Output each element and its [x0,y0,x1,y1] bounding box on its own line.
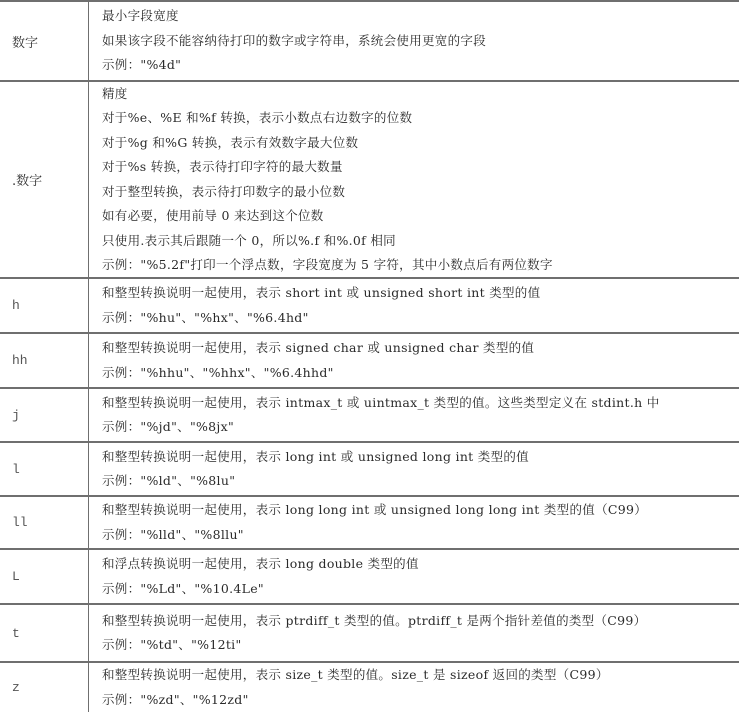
row-description: 和整型转换说明一起使用，表示 short int 或 unsigned shor… [102,279,739,332]
row-key: l [0,443,89,495]
row-key: hh [0,334,89,387]
desc-line: 对于整型转换，表示待打印数字的最小位数 [102,180,739,205]
desc-line: 和整型转换说明一起使用，表示 intmax_t 或 uintmax_t 类型的值… [102,391,739,416]
row-key: j [0,389,89,441]
desc-line: 如果该字段不能容纳待打印的数字或字符串，系统会使用更宽的字段 [102,29,739,54]
desc-example: 示例："%Ld"、"%10.4Le" [102,577,739,602]
table-row: hh 和整型转换说明一起使用，表示 signed char 或 unsigned… [0,332,739,387]
desc-line: 和整型转换说明一起使用，表示 size_t 类型的值。size_t 是 size… [102,663,739,688]
desc-line: 如有必要，使用前导 0 来达到这个位数 [102,204,739,229]
desc-line: 和整型转换说明一起使用，表示 signed char 或 unsigned ch… [102,336,739,361]
table-row: j 和整型转换说明一起使用，表示 intmax_t 或 uintmax_t 类型… [0,387,739,441]
row-key: t [0,605,89,661]
desc-example: 示例："%hu"、"%hx"、"%6.4hd" [102,306,739,331]
desc-line: 和整型转换说明一起使用，表示 short int 或 unsigned shor… [102,281,739,306]
table-row: h 和整型转换说明一起使用，表示 short int 或 unsigned sh… [0,277,739,332]
desc-line: 和浮点转换说明一起使用，表示 long double 类型的值 [102,552,739,577]
row-description: 和整型转换说明一起使用，表示 signed char 或 unsigned ch… [102,334,739,387]
row-description: 和整型转换说明一起使用，表示 ptrdiff_t 类型的值。ptrdiff_t … [102,605,739,661]
row-description: 最小字段宽度 如果该字段不能容纳待打印的数字或字符串，系统会使用更宽的字段 示例… [102,2,739,80]
row-key: .数字 [0,82,89,277]
row-description: 和整型转换说明一起使用，表示 long int 或 unsigned long … [102,443,739,495]
desc-line: 精度 [102,82,739,107]
desc-line: 只使用.表示其后跟随一个 0，所以%.f 和%.0f 相同 [102,229,739,254]
row-description: 和整型转换说明一起使用，表示 size_t 类型的值。size_t 是 size… [102,663,739,712]
desc-line: 和整型转换说明一起使用，表示 ptrdiff_t 类型的值。ptrdiff_t … [102,609,739,634]
table-row: z 和整型转换说明一起使用，表示 size_t 类型的值。size_t 是 si… [0,661,739,712]
table-row: t 和整型转换说明一起使用，表示 ptrdiff_t 类型的值。ptrdiff_… [0,603,739,661]
desc-example: 示例："%lld"、"%8llu" [102,523,739,548]
row-key: ll [0,497,89,548]
desc-line: 最小字段宽度 [102,4,739,29]
row-description: 精度 对于%e、%E 和%f 转换，表示小数点右边数字的位数 对于%g 和%G … [102,82,739,277]
desc-line: 对于%e、%E 和%f 转换，表示小数点右边数字的位数 [102,106,739,131]
desc-example: 示例："%ld"、"%8lu" [102,469,739,494]
row-key: h [0,279,89,332]
table-row: ll 和整型转换说明一起使用，表示 long long int 或 unsign… [0,495,739,548]
row-key: z [0,663,89,712]
table-row: .数字 精度 对于%e、%E 和%f 转换，表示小数点右边数字的位数 对于%g … [0,80,739,277]
row-description: 和整型转换说明一起使用，表示 long long int 或 unsigned … [102,497,739,548]
desc-example: 示例："%hhu"、"%hhx"、"%6.4hhd" [102,361,739,386]
desc-example: 示例："%5.2f"打印一个浮点数，字段宽度为 5 字符，其中小数点后有两位数字 [102,253,739,278]
row-key: L [0,550,89,603]
row-description: 和整型转换说明一起使用，表示 intmax_t 或 uintmax_t 类型的值… [102,389,739,441]
row-description: 和浮点转换说明一起使用，表示 long double 类型的值 示例："%Ld"… [102,550,739,603]
desc-line: 和整型转换说明一起使用，表示 long long int 或 unsigned … [102,498,739,523]
desc-example: 示例："%zd"、"%12zd" [102,688,739,712]
table-row: l 和整型转换说明一起使用，表示 long int 或 unsigned lon… [0,441,739,495]
desc-example: 示例："%4d" [102,53,739,78]
desc-line: 和整型转换说明一起使用，表示 long int 或 unsigned long … [102,445,739,470]
row-key: 数字 [0,2,89,80]
desc-line: 对于%g 和%G 转换，表示有效数字最大位数 [102,131,739,156]
table-row: L 和浮点转换说明一起使用，表示 long double 类型的值 示例："%L… [0,548,739,603]
table-row: 数字 最小字段宽度 如果该字段不能容纳待打印的数字或字符串，系统会使用更宽的字段… [0,0,739,80]
desc-example: 示例："%jd"、"%8jx" [102,415,739,440]
desc-example: 示例："%td"、"%12ti" [102,633,739,658]
desc-line: 对于%s 转换，表示待打印字符的最大数量 [102,155,739,180]
